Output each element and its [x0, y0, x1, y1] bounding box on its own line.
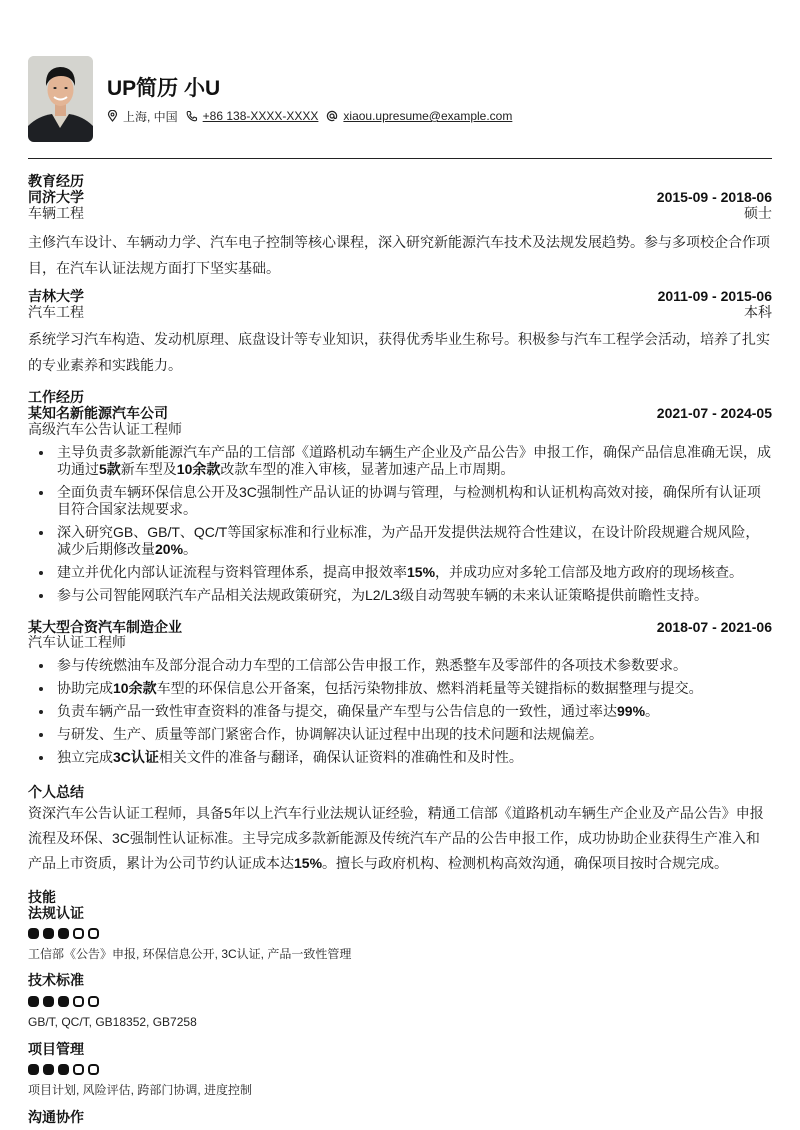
level-dot-empty-icon — [73, 928, 84, 939]
level-dot-empty-icon — [88, 1064, 99, 1075]
education-section-title: 教育经历 — [28, 173, 84, 189]
bullet-item: 协助完成10余款车型的环保信息公开备案，包括污染物排放、燃料消耗量等关键指标的数… — [28, 680, 772, 697]
company-name: 某知名新能源汽车公司 — [28, 405, 168, 421]
at-sign-icon — [326, 110, 338, 122]
level-dot-filled-icon — [43, 1064, 54, 1075]
level-dot-filled-icon — [58, 1064, 69, 1075]
highlight-text: 10余款 — [113, 680, 157, 696]
contact-location: 上海, 中国 — [107, 108, 178, 125]
job-title: 汽车认证工程师 — [28, 634, 126, 650]
level-dot-empty-icon — [88, 928, 99, 939]
work-item-2-header: 某大型合资汽车制造企业 2018-07 - 2021-06 — [28, 619, 772, 635]
skill-level-dots — [28, 928, 103, 940]
work-item-2-sub: 汽车认证工程师 — [28, 634, 772, 650]
highlight-text: 99% — [617, 703, 645, 719]
bullet-item: 全面负责车辆环保信息公开及3C强制性产品认证的协调与管理，与检测机构和认证机构高… — [28, 484, 772, 518]
skill-keywords: 工信部《公告》申报, 环保信息公开, 3C认证, 产品一致性管理 — [28, 947, 351, 961]
highlight-text: 5款 — [99, 461, 121, 477]
level-dot-filled-icon — [28, 1064, 39, 1075]
major: 汽车工程 — [28, 304, 84, 320]
skill-name: 项目管理 — [28, 1041, 84, 1057]
education-item-2-sub: 汽车工程 本科 — [28, 304, 772, 320]
skills-section-title: 技能 — [28, 889, 56, 905]
profile-photo — [28, 56, 93, 142]
text-run: 协助完成 — [57, 680, 113, 696]
work-item-2-bullets: 参与传统燃油车及部分混合动力车型的工信部公告申报工作，熟悉整车及零部件的各项技术… — [28, 657, 772, 772]
level-dot-empty-icon — [73, 996, 84, 1007]
job-title: 高级汽车公告认证工程师 — [28, 421, 182, 437]
work-dates: 2018-07 - 2021-06 — [657, 619, 772, 635]
level-dot-empty-icon — [73, 1064, 84, 1075]
phone-icon — [186, 110, 198, 122]
contact-email[interactable]: xiaou.upresume@example.com — [326, 109, 512, 123]
skill-level-dots — [28, 1064, 103, 1076]
text-run: 。 — [183, 541, 197, 557]
education-item-2-header: 吉林大学 2011-09 - 2015-06 — [28, 288, 772, 304]
education-dates: 2015-09 - 2018-06 — [657, 189, 772, 205]
level-dot-filled-icon — [58, 996, 69, 1007]
text-run: 车型的环保信息公开备案，包括污染物排放、燃料消耗量等关键指标的数据整理与提交。 — [157, 680, 703, 696]
education-description: 系统学习汽车构造、发动机原理、底盘设计等专业知识，获得优秀毕业生称号。积极参与汽… — [28, 326, 772, 378]
contact-phone[interactable]: +86 138-XXXX-XXXX — [186, 109, 319, 123]
text-run: 相关文件的准备与翻译，确保认证资料的准确性和及时性。 — [159, 749, 523, 765]
text-run: 独立完成 — [57, 749, 113, 765]
level-dot-filled-icon — [43, 996, 54, 1007]
text-run: ，并成功应对多轮工信部及地方政府的现场核查。 — [435, 564, 743, 580]
work-item-1-header: 某知名新能源汽车公司 2021-07 - 2024-05 — [28, 405, 772, 421]
level-dot-filled-icon — [28, 996, 39, 1007]
text-run: 。擅长与政府机构、检测机构高效沟通，确保项目按时合规完成。 — [322, 855, 728, 871]
education-item-1-sub: 车辆工程 硕士 — [28, 205, 772, 221]
text-run: 参与公司智能网联汽车产品相关法规政策研究，为L2/L3级自动驾驶车辆的未来认证策… — [57, 587, 708, 603]
text-run: 与研发、生产、质量等部门紧密合作，协调解决认证过程中出现的技术问题和法规偏差。 — [57, 726, 603, 742]
work-section-title: 工作经历 — [28, 389, 84, 405]
level-dot-filled-icon — [43, 928, 54, 939]
map-pin-icon — [107, 110, 118, 122]
text-run: 新车型及 — [121, 461, 177, 477]
education-item-1-header: 同济大学 2015-09 - 2018-06 — [28, 189, 772, 205]
text-run: 负责车辆产品一致性审查资料的准备与提交，确保量产车型与公告信息的一致性，通过率达 — [57, 703, 617, 719]
contact-info: 上海, 中国 +86 138-XXXX-XXXX xiaou.upresume@… — [107, 108, 520, 124]
degree: 本科 — [744, 304, 772, 320]
text-run: 改款车型的准入审核，显著加速产品上市周期。 — [220, 461, 514, 477]
location-text: 上海, 中国 — [123, 108, 178, 125]
skill-name: 技术标准 — [28, 972, 84, 988]
company-name: 某大型合资汽车制造企业 — [28, 619, 182, 635]
bullet-item: 与研发、生产、质量等部门紧密合作，协调解决认证过程中出现的技术问题和法规偏差。 — [28, 726, 772, 743]
bullet-item: 主导负责多款新能源汽车产品的工信部《道路机动车辆生产企业及产品公告》申报工作，确… — [28, 444, 772, 478]
degree: 硕士 — [744, 205, 772, 221]
skill-level-dots — [28, 996, 103, 1008]
text-run: 全面负责车辆环保信息公开及3C强制性产品认证的协调与管理，与检测机构和认证机构高… — [57, 484, 761, 517]
bullet-item: 负责车辆产品一致性审查资料的准备与提交，确保量产车型与公告信息的一致性，通过率达… — [28, 703, 772, 720]
education-description: 主修汽车设计、车辆动力学、汽车电子控制等核心课程，深入研究新能源汽车技术及法规发… — [28, 229, 772, 281]
header-divider — [28, 158, 772, 159]
summary-section-title: 个人总结 — [28, 784, 84, 800]
text-run: 。 — [645, 703, 659, 719]
phone-link[interactable]: +86 138-XXXX-XXXX — [203, 109, 319, 123]
candidate-name: UP简历 小U — [107, 72, 220, 102]
text-run: 参与传统燃油车及部分混合动力车型的工信部公告申报工作，熟悉整车及零部件的各项技术… — [57, 657, 687, 673]
level-dot-empty-icon — [88, 996, 99, 1007]
bullet-item: 参与传统燃油车及部分混合动力车型的工信部公告申报工作，熟悉整车及零部件的各项技术… — [28, 657, 772, 674]
summary-text: 资深汽车公告认证工程师，具备5年以上汽车行业法规认证经验，精通工信部《道路机动车… — [28, 801, 772, 876]
skill-name: 沟通协作 — [28, 1109, 84, 1125]
bullet-item: 深入研究GB、GB/T、QC/T等国家标准和行业标准，为产品开发提供法规符合性建… — [28, 524, 772, 558]
skill-keywords: GB/T, QC/T, GB18352, GB7258 — [28, 1015, 197, 1029]
work-item-1-sub: 高级汽车公告认证工程师 — [28, 421, 772, 437]
work-item-1-bullets: 主导负责多款新能源汽车产品的工信部《道路机动车辆生产企业及产品公告》申报工作，确… — [28, 444, 772, 610]
email-link[interactable]: xiaou.upresume@example.com — [343, 109, 512, 123]
school-name: 吉林大学 — [28, 288, 84, 304]
bullet-item: 独立完成3C认证相关文件的准备与翻译，确保认证资料的准确性和及时性。 — [28, 749, 772, 766]
bullet-item: 建立并优化内部认证流程与资料管理体系，提高申报效率15%，并成功应对多轮工信部及… — [28, 564, 772, 581]
resume-header: UP简历 小U 上海, 中国 +86 138-XXXX-XXXX — [28, 56, 772, 142]
highlight-text: 10余款 — [177, 461, 221, 477]
highlight-text: 15% — [407, 564, 435, 580]
highlight-text: 3C认证 — [113, 749, 159, 765]
education-dates: 2011-09 - 2015-06 — [658, 288, 772, 304]
major: 车辆工程 — [28, 205, 84, 221]
highlight-text: 15% — [294, 855, 322, 871]
skill-name: 法规认证 — [28, 905, 84, 921]
level-dot-filled-icon — [28, 928, 39, 939]
text-run: 建立并优化内部认证流程与资料管理体系，提高申报效率 — [57, 564, 407, 580]
highlight-text: 20% — [155, 541, 183, 557]
work-dates: 2021-07 - 2024-05 — [657, 405, 772, 421]
skill-keywords: 项目计划, 风险评估, 跨部门协调, 进度控制 — [28, 1083, 252, 1097]
bullet-item: 参与公司智能网联汽车产品相关法规政策研究，为L2/L3级自动驾驶车辆的未来认证策… — [28, 587, 772, 604]
level-dot-filled-icon — [58, 928, 69, 939]
school-name: 同济大学 — [28, 189, 84, 205]
